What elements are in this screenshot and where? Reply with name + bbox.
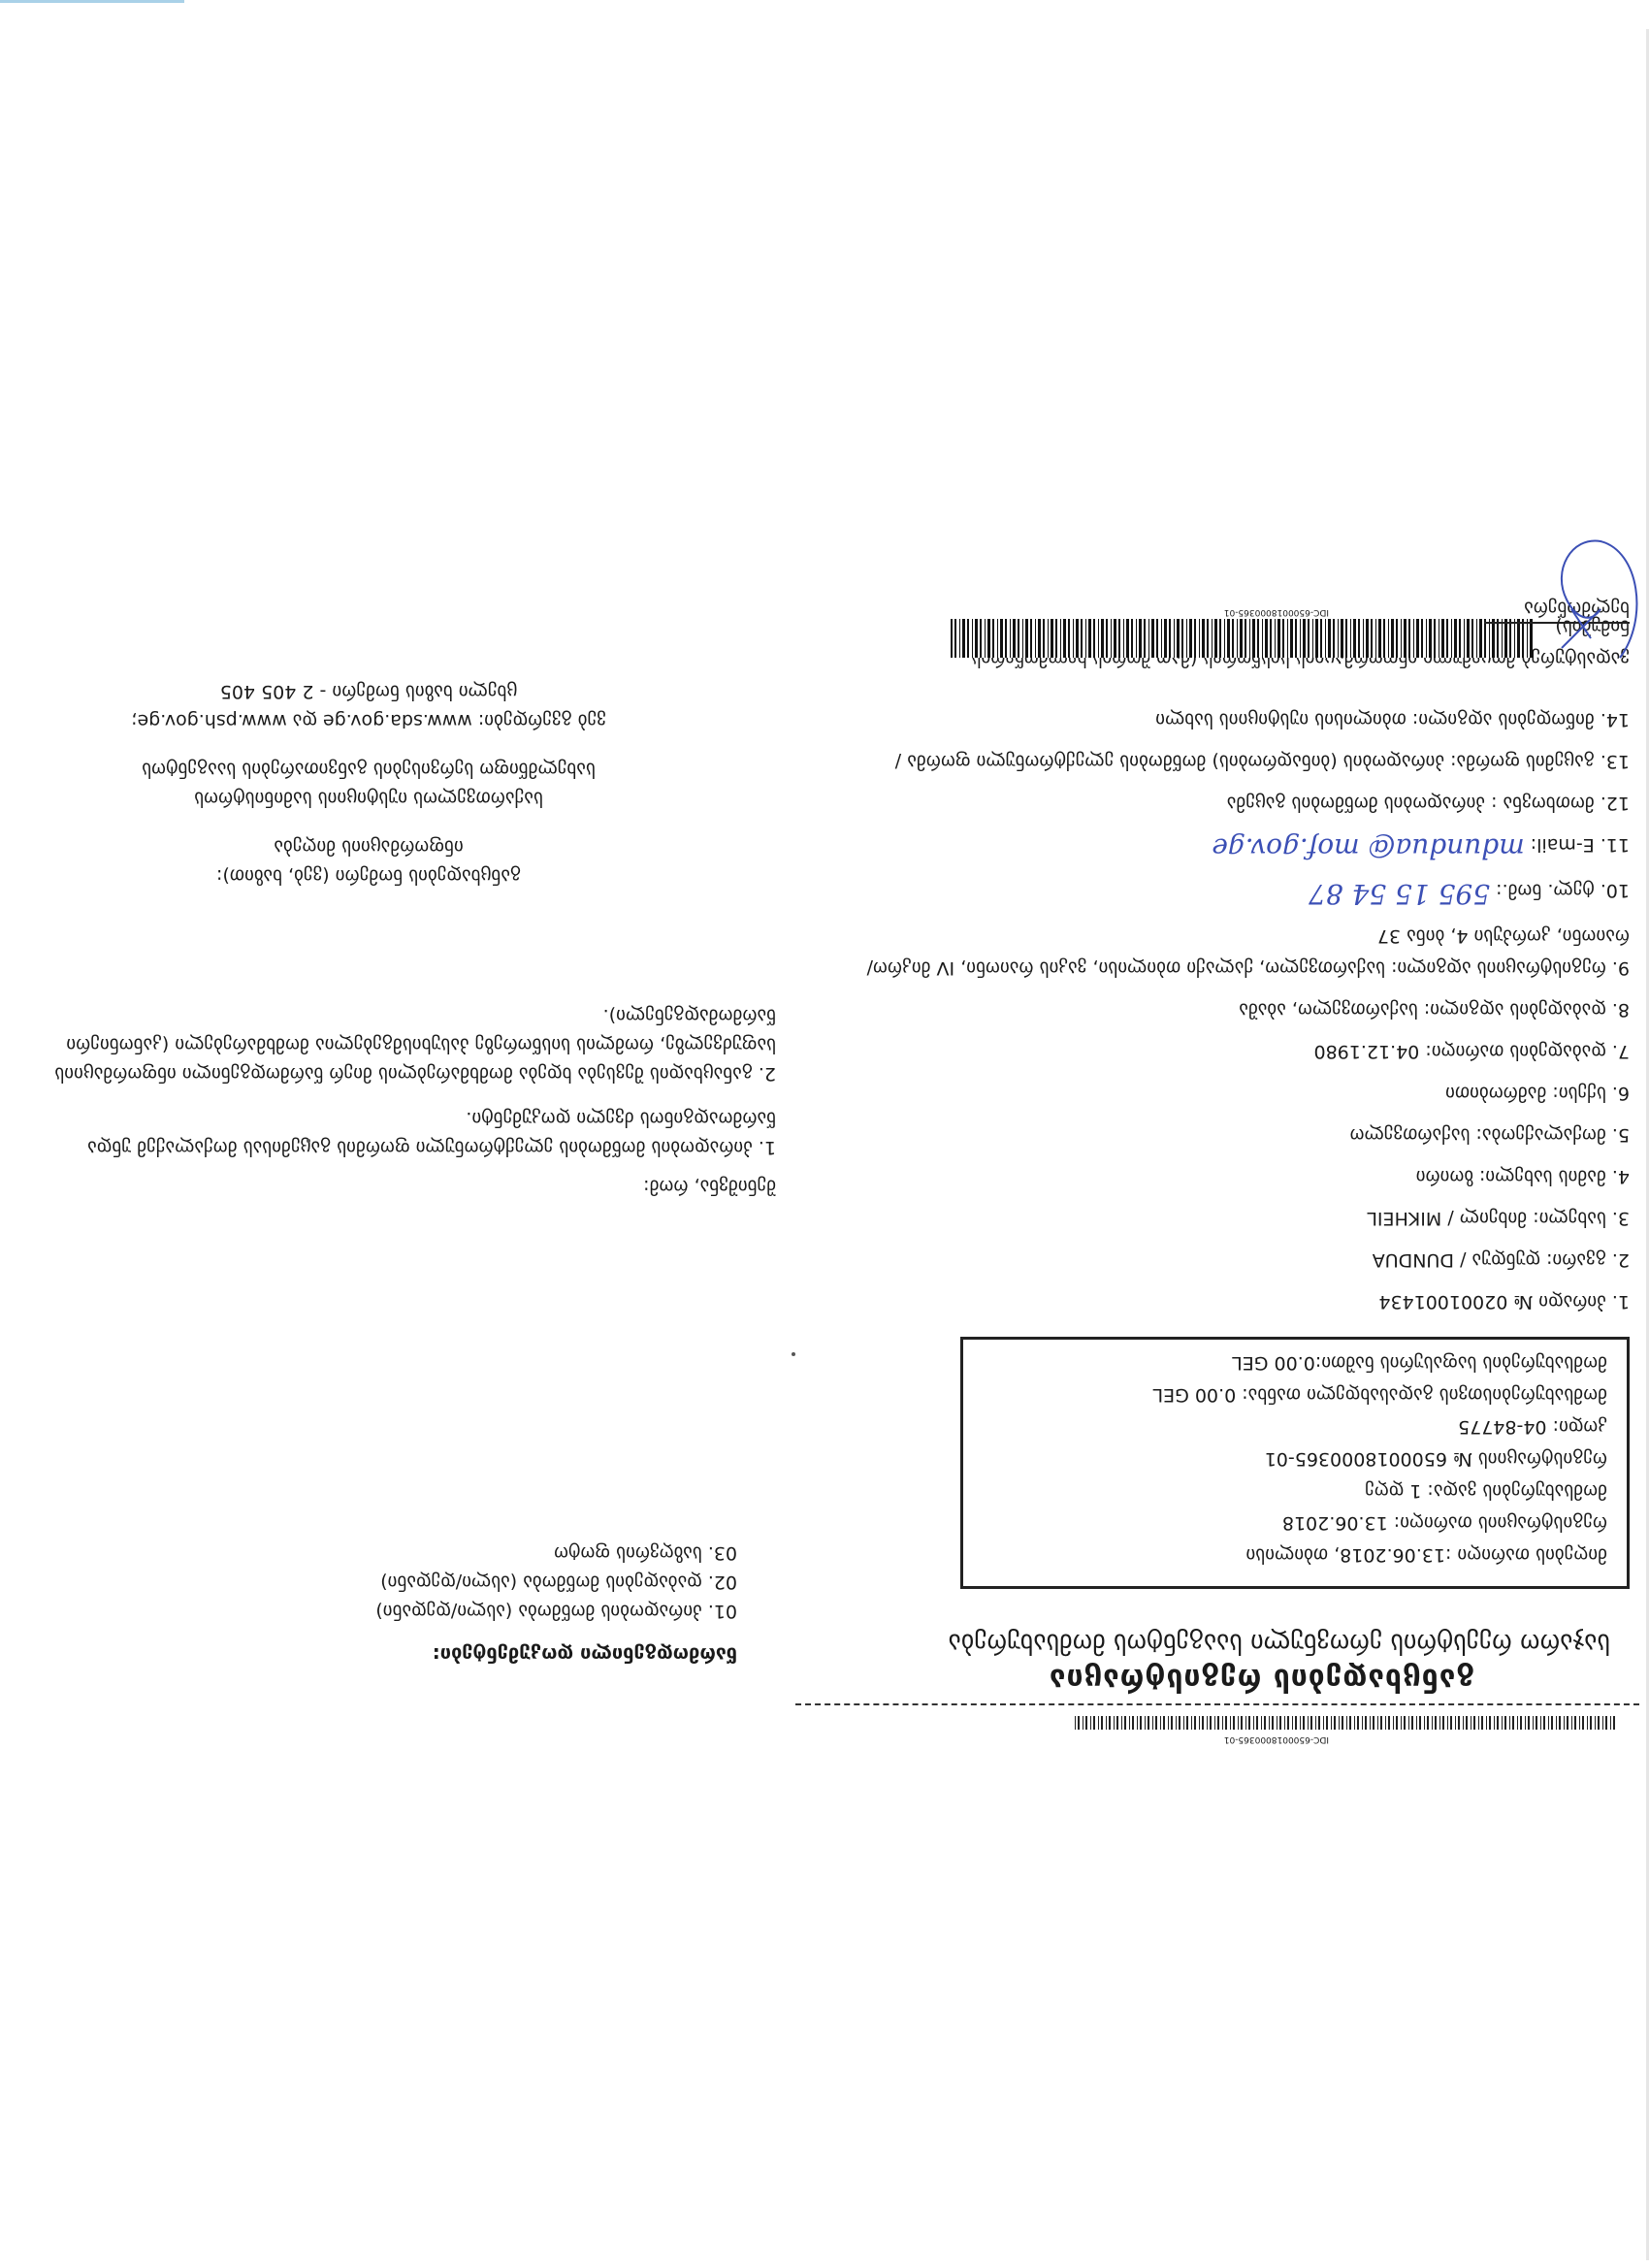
field-label: 3. სახელი: <box>1527 1208 1630 1229</box>
note-item: 1. პირადობის მოწმობის ელექტრონული ფორმის… <box>19 1104 776 1162</box>
footer-info: განცხადების ნომერი (ვებ, ხაზით): ინფორმა… <box>58 677 679 891</box>
attachments-heading: წარმოდგენილი დოკუმენტები: <box>39 1643 737 1667</box>
footer-line: ინფორმაციის მიღება <box>58 832 679 861</box>
field-value: მიხეილ / MIKHEIL <box>1367 1208 1527 1229</box>
scan-speck <box>307 1139 310 1143</box>
attachment-label: საზღვრის ფოტო <box>554 1542 702 1564</box>
attachment-code: 03. <box>708 1542 737 1564</box>
field-label: 11. E-mail: <box>1525 834 1630 856</box>
attachment-code: 01. <box>708 1601 737 1622</box>
field-label: 8. დაბადების ადგილი: <box>1418 999 1630 1021</box>
field-label: 14. მიწოდების ადგილი: <box>1406 709 1630 730</box>
field-label: 1. პირადი № <box>1507 1291 1630 1312</box>
field-email: 11. E-mail: mdundua@ mof.gov.ge <box>834 828 1630 864</box>
handwritten-phone: 595 15 54 87 <box>1309 878 1490 910</box>
field-label: 9. რეგისტრაციის ადგილი: <box>1385 957 1630 979</box>
summary-line: მომსახურებისთვის გადასახდელი თანხა: 0.00… <box>983 1378 1607 1410</box>
field-issue-form: 13. გაცემის ფორმა: პირადობის (ბინადრობის… <box>834 745 1630 777</box>
attachment-item: 01. პირადობის მოწმობა (ასლი/დედანი) <box>39 1597 737 1626</box>
field-surname: 2. გვარი: დუნდუა / DUNDUA <box>834 1244 1630 1276</box>
summary-line: მომსახურების საფასურის ნაშთი:0.00 GEL <box>983 1346 1607 1378</box>
field-label: 10. ტელ. ნომ.: <box>1490 880 1630 901</box>
field-label: 13. გაცემის ფორმა: <box>1444 751 1630 772</box>
field-value: დუნდუა / DUNDUA <box>1373 1249 1540 1271</box>
summary-line: რეგისტრაციის თარიღი: 13.06.2018 <box>983 1507 1607 1539</box>
attachment-item: 03. საზღვრის ფოტო <box>39 1539 737 1568</box>
notes-heading: შენიშვნა, რომ: <box>19 1172 776 1201</box>
attachment-item: 02. დაბადების მოწმობა (ასლი/დედანი) <box>39 1568 737 1597</box>
handwritten-signature <box>1523 532 1649 677</box>
footer-line: განცხადების ნომერი (ვებ, ხაზით): <box>58 861 679 891</box>
note-item: 2. განაცხადის შევსება ხდება მომხმარებლის… <box>19 1001 776 1088</box>
scanned-document-page: IDC-6500018000365-01 განცხადების რეგისტრ… <box>0 0 1649 2268</box>
applicant-fields: 1. პირადი № 02001001434 2. გვარი: დუნდუა… <box>834 600 1630 1317</box>
summary-box: მიღების თარიღი :13.06.2018, თბილისი რეგი… <box>960 1337 1630 1589</box>
field-father-name: 4. მამის სახელი: ზოირი <box>834 1160 1630 1192</box>
field-label: 4. მამის სახელი: <box>1473 1166 1630 1187</box>
field-personal-number: 1. პირადი № 02001001434 <box>834 1285 1630 1317</box>
field-request: 12. მოთხოვნა : პირადობის მოწმობის გაცემა <box>834 787 1630 819</box>
field-label: 2. გვარი: <box>1540 1249 1630 1271</box>
summary-line: კოდი: 04-84775 <box>983 1410 1607 1442</box>
field-registration-address: 9. რეგისტრაციის ადგილი: საქართველო, ქალა… <box>834 920 1630 984</box>
summary-line: მომსახურების ვადა: 1 დღე <box>983 1474 1607 1507</box>
document-title: განცხადების რეგისტრაცია <box>1049 1662 1474 1696</box>
barcode-top-label: IDC-6500018000365-01 <box>1224 1734 1329 1744</box>
field-sex: 6. სქესი: მამრობითი <box>834 1077 1630 1109</box>
field-value: პირადობის მოწმობის გაცემა <box>1227 793 1485 814</box>
cut-line <box>795 1703 1639 1705</box>
attachment-label: პირადობის მოწმობა (ასლი/დედანი) <box>375 1601 701 1622</box>
field-name: 3. სახელი: მიხეილ / MIKHEIL <box>834 1202 1630 1234</box>
field-label: 12. მოთხოვნა : <box>1485 793 1630 814</box>
summary-line: რეგისტრაციის № 6500018000365-01 <box>983 1442 1607 1474</box>
footer-line: ვებ გვერდები: www.sda.gov.ge და www.psh.… <box>58 706 679 735</box>
barcode-top <box>1072 1716 1615 1730</box>
field-citizenship: 5. მოქალაქეობა: საქართველო <box>834 1118 1630 1150</box>
field-delivery-place: 14. მიწოდების ადგილი: თბილისის იუსტიციის… <box>834 703 1630 735</box>
footer-line: ცხელი ხაზის ნომერი - 2 405 405 <box>58 677 679 706</box>
field-value: თბილისის იუსტიციის სახლი <box>1155 709 1406 730</box>
field-value: 04.12.1980 <box>1314 1041 1420 1062</box>
attachments-section: წარმოდგენილი დოკუმენტები: 01. პირადობის … <box>39 1539 737 1667</box>
notes-section: შენიშვნა, რომ: 1. პირადობის მოწმობის ელე… <box>19 1001 776 1201</box>
field-value: ზოირი <box>1416 1166 1473 1187</box>
field-value: მამრობითი <box>1445 1083 1546 1104</box>
field-birth-date: 7. დაბადების თარიღი: 04.12.1980 <box>834 1035 1630 1067</box>
summary-line: მიღების თარიღი :13.06.2018, თბილისი <box>983 1539 1607 1571</box>
attachment-label: დაბადების მოწმობა (ასლი/დედანი) <box>380 1571 702 1593</box>
field-label: 6. სქესი: <box>1546 1083 1630 1104</box>
field-value: პირადობის (ბინადრობის) მოწმობის ელექტრონ… <box>895 751 1444 772</box>
scan-speck <box>792 1352 795 1356</box>
field-label: 7. დაბადების თარიღი: <box>1419 1041 1630 1062</box>
footer-line: სახელმწიფო სერვისების განვითარების სააგე… <box>58 755 679 784</box>
barcode-bottom <box>951 619 1533 658</box>
attachment-code: 02. <box>708 1571 737 1593</box>
field-label: 5. მოქალაქეობა: <box>1470 1124 1630 1146</box>
document-subtitle: საჯარო რეესტრის ეროვნული სააგენტოს მომსა… <box>949 1628 1610 1657</box>
footer-line: საქართველოს იუსტიციის სამინისტროს <box>58 784 679 813</box>
field-value: 02001001434 <box>1378 1291 1507 1312</box>
field-phone: 10. ტელ. ნომ.: 595 15 54 87 <box>834 874 1630 910</box>
barcode-bottom-label: IDC-6500018000365-01 <box>1224 607 1329 617</box>
field-birth-place: 8. დაბადების ადგილი: საქართველო, აბაშა <box>834 993 1630 1025</box>
field-value: საქართველო, აბაშა <box>1239 999 1418 1021</box>
handwritten-email: mdundua@ mof.gov.ge <box>1212 832 1524 864</box>
field-value: საქართველო <box>1350 1124 1471 1146</box>
